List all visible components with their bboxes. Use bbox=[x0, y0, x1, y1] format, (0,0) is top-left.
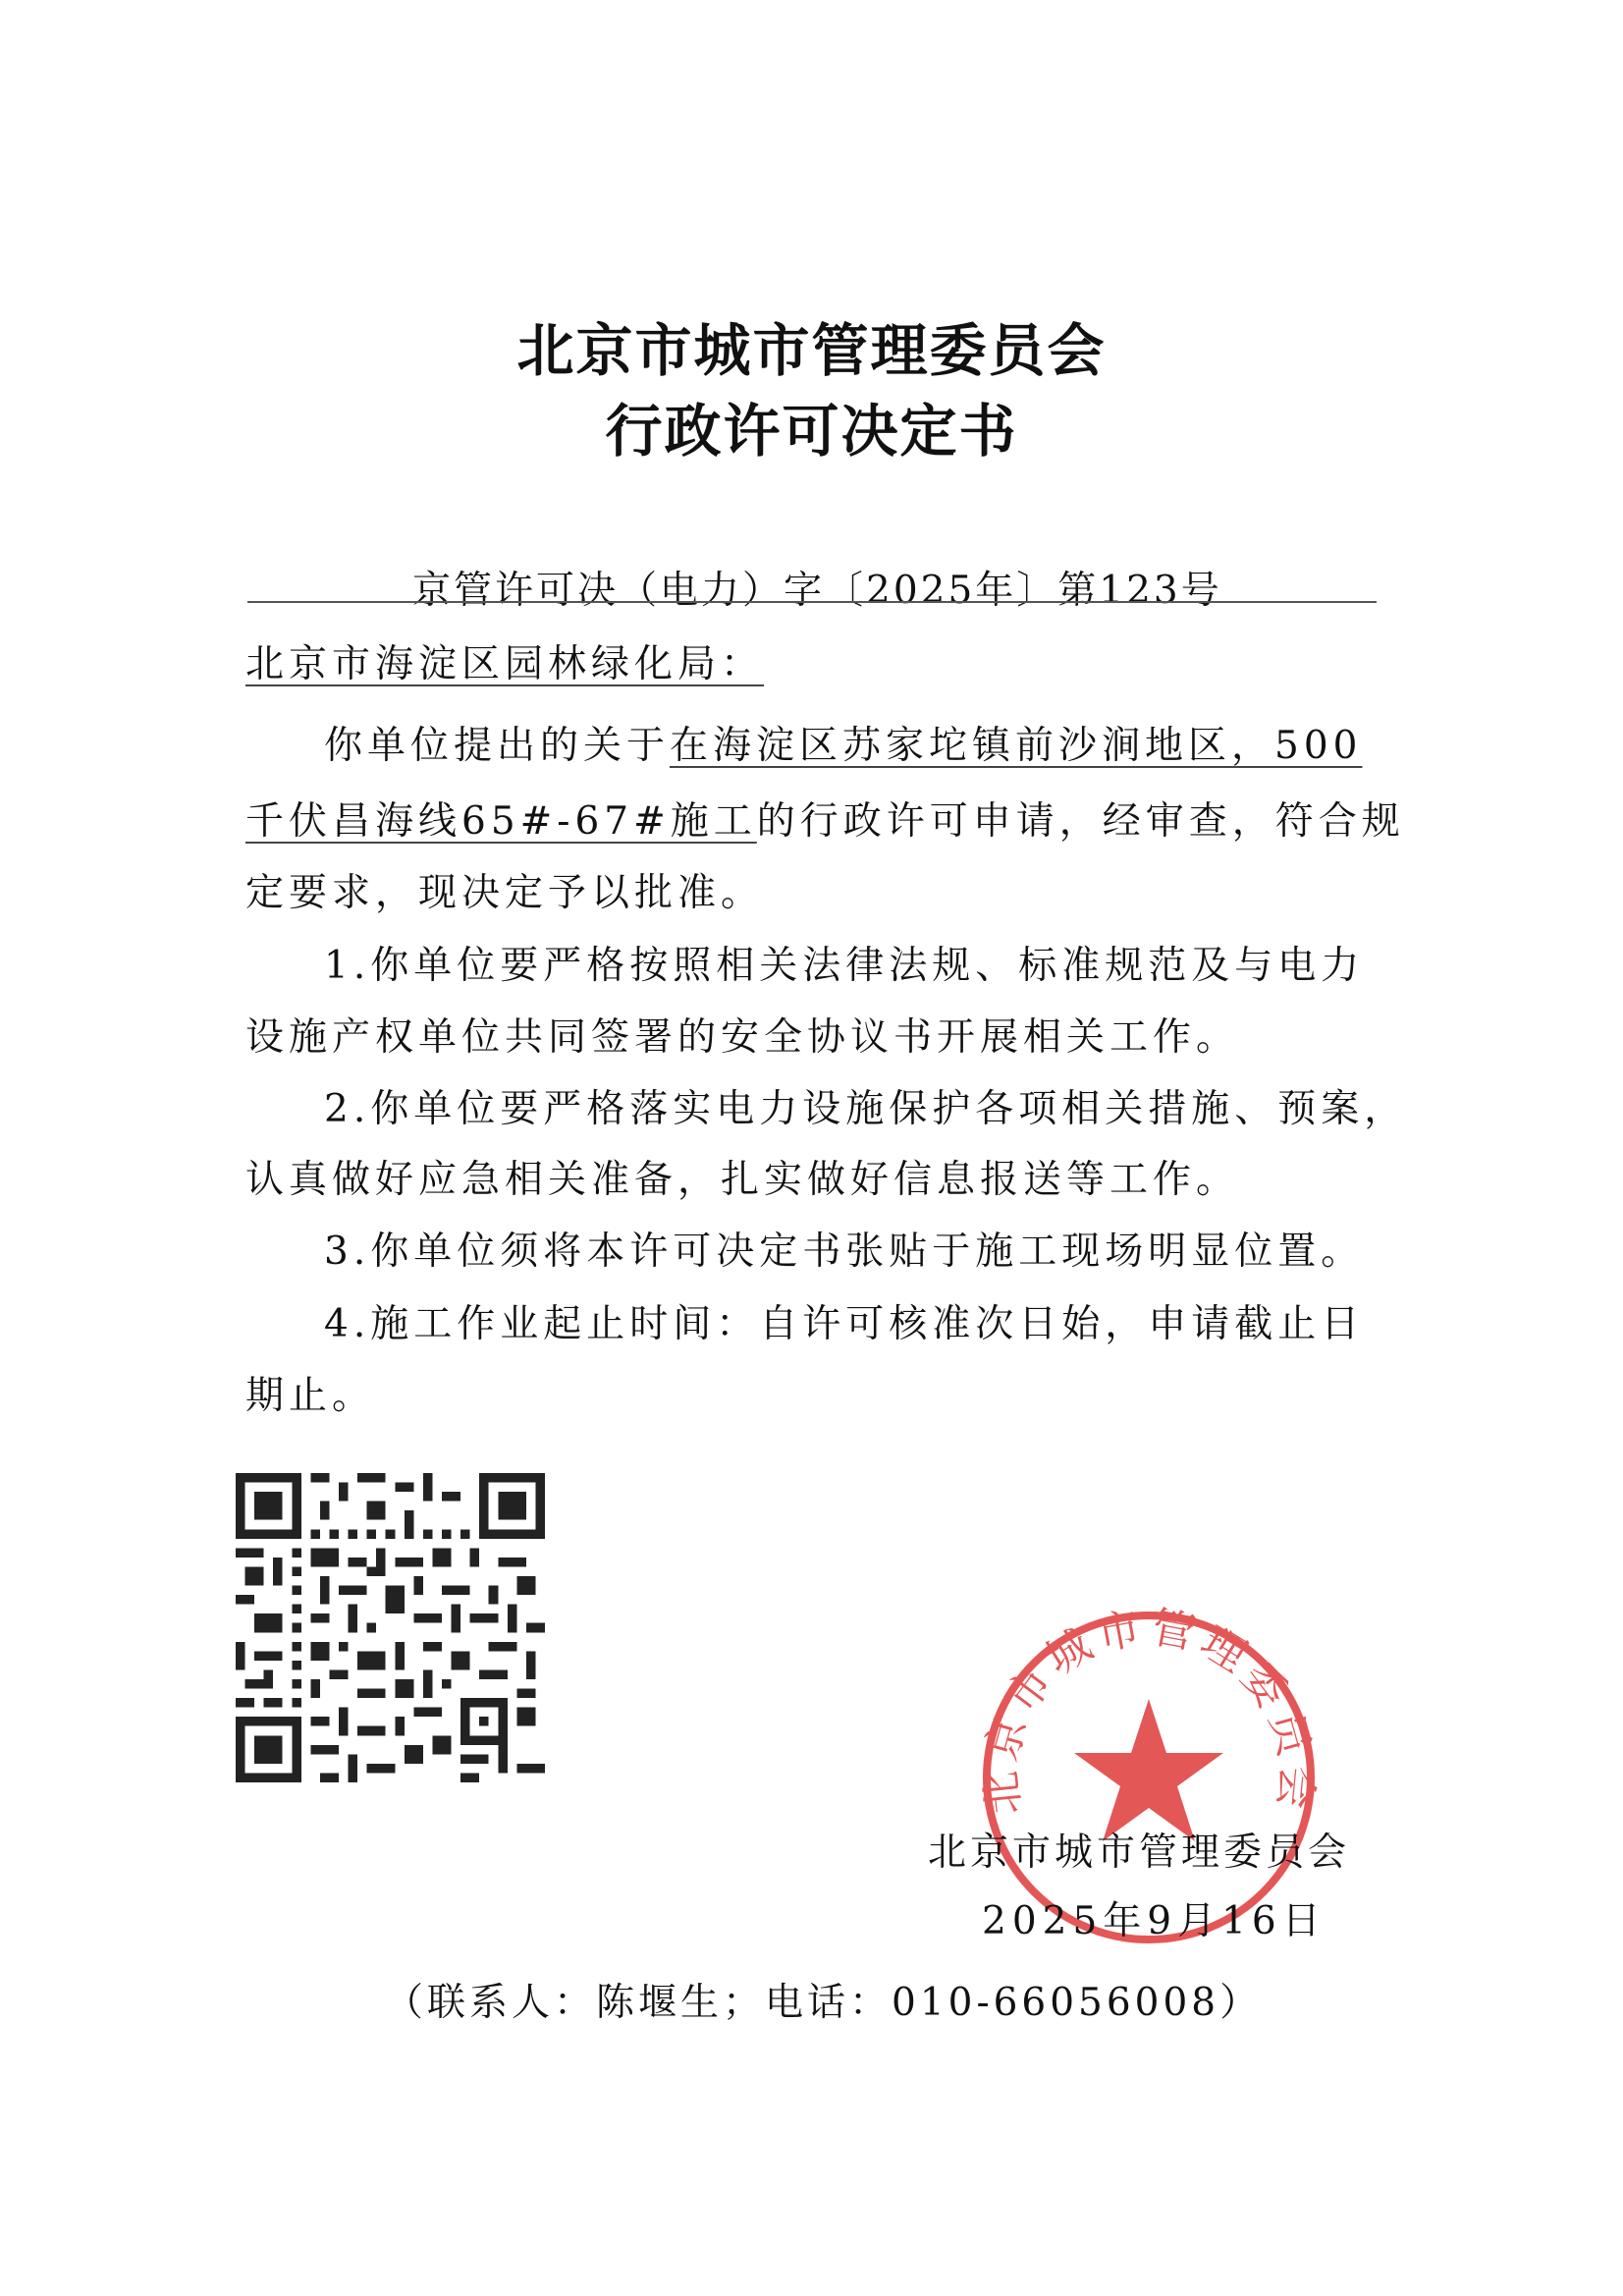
addressee: 北京市海淀区园林绿化局： bbox=[245, 633, 764, 688]
issuer-title: 北京市城市管理委员会 bbox=[0, 304, 1623, 387]
item-4-line-2: 期止。 bbox=[245, 1365, 375, 1420]
intro-suffix: 的行政许可申请，经审查，符合规 bbox=[757, 799, 1405, 844]
contact-info: （联系人：陈堰生；电话：010-66056008） bbox=[385, 1972, 1262, 2027]
svg-text:北京市城市管理委员会: 北京市城市管理委员会 bbox=[977, 1606, 1321, 1817]
item-3-line-1: 3.你单位须将本许可决定书张贴于施工现场明显位置。 bbox=[324, 1221, 1364, 1276]
star-icon bbox=[1074, 1699, 1223, 1841]
project-name: 千伏昌海线65#-67#施工 bbox=[245, 799, 757, 844]
item-4-line-1: 4.施工作业起止时间：自许可核准次日始，申请截止日 bbox=[324, 1293, 1364, 1348]
signing-date: 2025年9月16日 bbox=[982, 1890, 1326, 1945]
intro-line-1: 你单位提出的关于在海淀区苏家坨镇前沙涧地区，500 bbox=[324, 715, 1362, 770]
qr-code-icon[interactable] bbox=[236, 1473, 545, 1782]
intro-prefix: 你单位提出的关于 bbox=[324, 724, 670, 768]
project-location: 在海淀区苏家坨镇前沙涧地区，500 bbox=[670, 724, 1362, 768]
item-1-line-2: 设施产权单位共同签署的安全协议书开展相关工作。 bbox=[245, 1007, 1239, 1062]
header-rule bbox=[247, 601, 1377, 603]
item-1-line-1: 1.你单位要严格按照相关法律法规、标准规范及与电力 bbox=[324, 935, 1364, 990]
item-2-line-2: 认真做好应急相关准备，扎实做好信息报送等工作。 bbox=[245, 1149, 1239, 1204]
signing-organization: 北京市城市管理委员会 bbox=[928, 1822, 1350, 1877]
item-2-line-1: 2.你单位要严格落实电力设施保护各项相关措施、预案， bbox=[324, 1078, 1407, 1133]
document-number: 京管许可决（电力）字〔2025年〕第123号 bbox=[412, 560, 1222, 615]
intro-line-3: 定要求，现决定予以批准。 bbox=[245, 862, 764, 917]
intro-line-2: 千伏昌海线65#-67#施工的行政许可申请，经审查，符合规 bbox=[245, 791, 1405, 846]
seal-ring-text: 北京市城市管理委员会 bbox=[977, 1606, 1321, 1817]
document-type-title: 行政许可决定书 bbox=[0, 385, 1623, 467]
